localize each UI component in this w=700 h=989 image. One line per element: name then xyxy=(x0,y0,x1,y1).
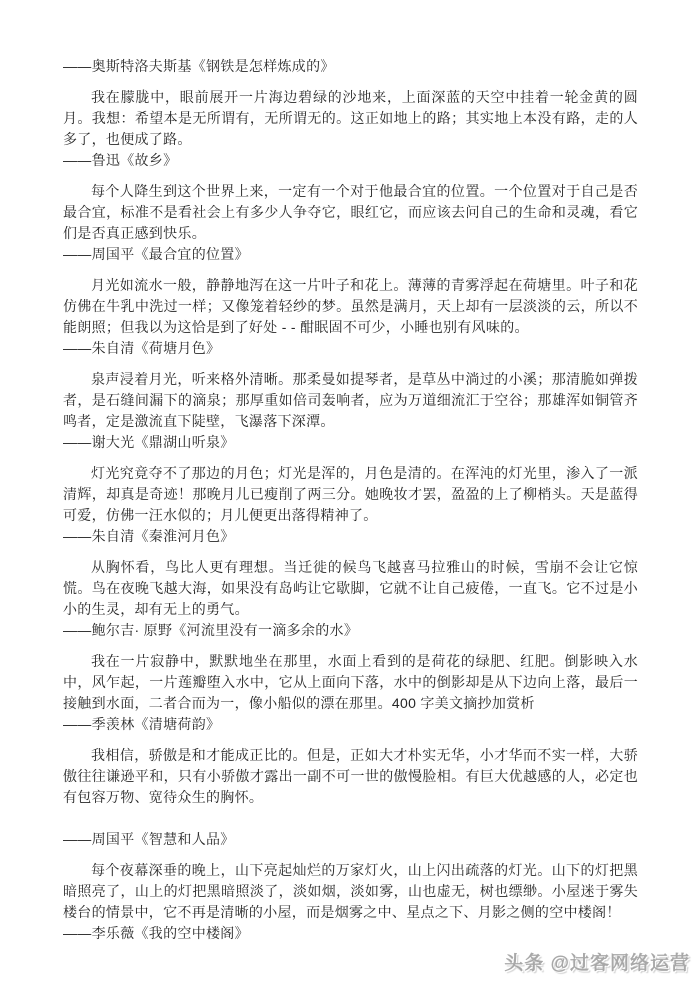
attribution-line: ——奥斯特洛夫斯基《钢铁是怎样炼成的》 xyxy=(63,56,638,77)
quote-paragraph: 灯光究竟夺不了那边的月色；灯光是浑的，月色是清的。在浑沌的灯光里，渗入了一派清辉… xyxy=(63,463,638,526)
quote-paragraph: 月光如流水一般，静静地泻在这一片叶子和花上。薄薄的青雾浮起在荷塘里。叶子和花仿佛… xyxy=(63,275,638,338)
quote-block: 从胸怀看，鸟比人更有理想。当迁徙的候鸟飞越喜马拉雅山的时候，雪崩不会让它惊慌。鸟… xyxy=(63,557,638,641)
quote-paragraph: 我在朦胧中，眼前展开一片海边碧绿的沙地来，上面深蓝的天空中挂着一轮金黄的圆月。我… xyxy=(63,87,638,150)
quote-paragraph: 泉声浸着月光，听来格外清晰。那柔曼如提琴者，是草丛中淌过的小溪；那清脆如弹拨者，… xyxy=(63,369,638,432)
quote-block: ——奥斯特洛夫斯基《钢铁是怎样炼成的》 xyxy=(63,56,638,77)
quote-paragraph: 每个夜幕深垂的晚上，山下亮起灿烂的万家灯火，山上闪出疏落的灯光。山下的灯把黑暗照… xyxy=(63,860,638,923)
quote-block: 每个人降生到这个世界上来，一定有一个对于他最合宜的位置。一个位置对于自己是否最合… xyxy=(63,181,638,265)
attribution-line: ——谢大光《鼎湖山听泉》 xyxy=(63,432,638,453)
attribution-line: ——鲁迅《故乡》 xyxy=(63,150,638,171)
quote-paragraph: 我在一片寂静中，默默地坐在那里，水面上看到的是荷花的绿肥、红肥。倒影映入水中，风… xyxy=(63,651,638,714)
quote-block: 灯光究竟夺不了那边的月色；灯光是浑的，月色是清的。在浑沌的灯光里，渗入了一派清辉… xyxy=(63,463,638,547)
attribution-line: ——鲍尔吉· 原野《河流里没有一滴多余的水》 xyxy=(63,620,638,641)
quote-block: 我在朦胧中，眼前展开一片海边碧绿的沙地来，上面深蓝的天空中挂着一轮金黄的圆月。我… xyxy=(63,87,638,171)
document-page: ——奥斯特洛夫斯基《钢铁是怎样炼成的》 我在朦胧中，眼前展开一片海边碧绿的沙地来… xyxy=(0,0,700,989)
attribution-line: ——朱自清《荷塘月色》 xyxy=(63,338,638,359)
quote-block: 每个夜幕深垂的晚上，山下亮起灿烂的万家灯火，山上闪出疏落的灯光。山下的灯把黑暗照… xyxy=(63,860,638,944)
attribution-line: ——季羡林《清塘荷韵》 xyxy=(63,714,638,735)
quote-block: 我在一片寂静中，默默地坐在那里，水面上看到的是荷花的绿肥、红肥。倒影映入水中，风… xyxy=(63,651,638,735)
watermark: 头条 @过客网络运营 xyxy=(504,948,690,975)
attribution-line: ——周国平《最合宜的位置》 xyxy=(63,244,638,265)
quote-block: 月光如流水一般，静静地泻在这一片叶子和花上。薄薄的青雾浮起在荷塘里。叶子和花仿佛… xyxy=(63,275,638,359)
attribution-line: ——周国平《智慧和人品》 xyxy=(63,829,638,850)
quote-paragraph: 每个人降生到这个世界上来，一定有一个对于他最合宜的位置。一个位置对于自己是否最合… xyxy=(63,181,638,244)
attribution-line: ——李乐薇《我的空中楼阁》 xyxy=(63,923,638,944)
quotes-content: ——奥斯特洛夫斯基《钢铁是怎样炼成的》 我在朦胧中，眼前展开一片海边碧绿的沙地来… xyxy=(63,56,638,954)
quote-block: 我相信，骄傲是和才能成正比的。但是，正如大才朴实无华，小才华而不实一样，大骄傲往… xyxy=(63,745,638,850)
quote-block: 泉声浸着月光，听来格外清晰。那柔曼如提琴者，是草丛中淌过的小溪；那清脆如弹拨者，… xyxy=(63,369,638,453)
quote-paragraph: 从胸怀看，鸟比人更有理想。当迁徙的候鸟飞越喜马拉雅山的时候，雪崩不会让它惊慌。鸟… xyxy=(63,557,638,620)
attribution-line: ——朱自清《秦淮河月色》 xyxy=(63,526,638,547)
quote-paragraph: 我相信，骄傲是和才能成正比的。但是，正如大才朴实无华，小才华而不实一样，大骄傲往… xyxy=(63,745,638,808)
